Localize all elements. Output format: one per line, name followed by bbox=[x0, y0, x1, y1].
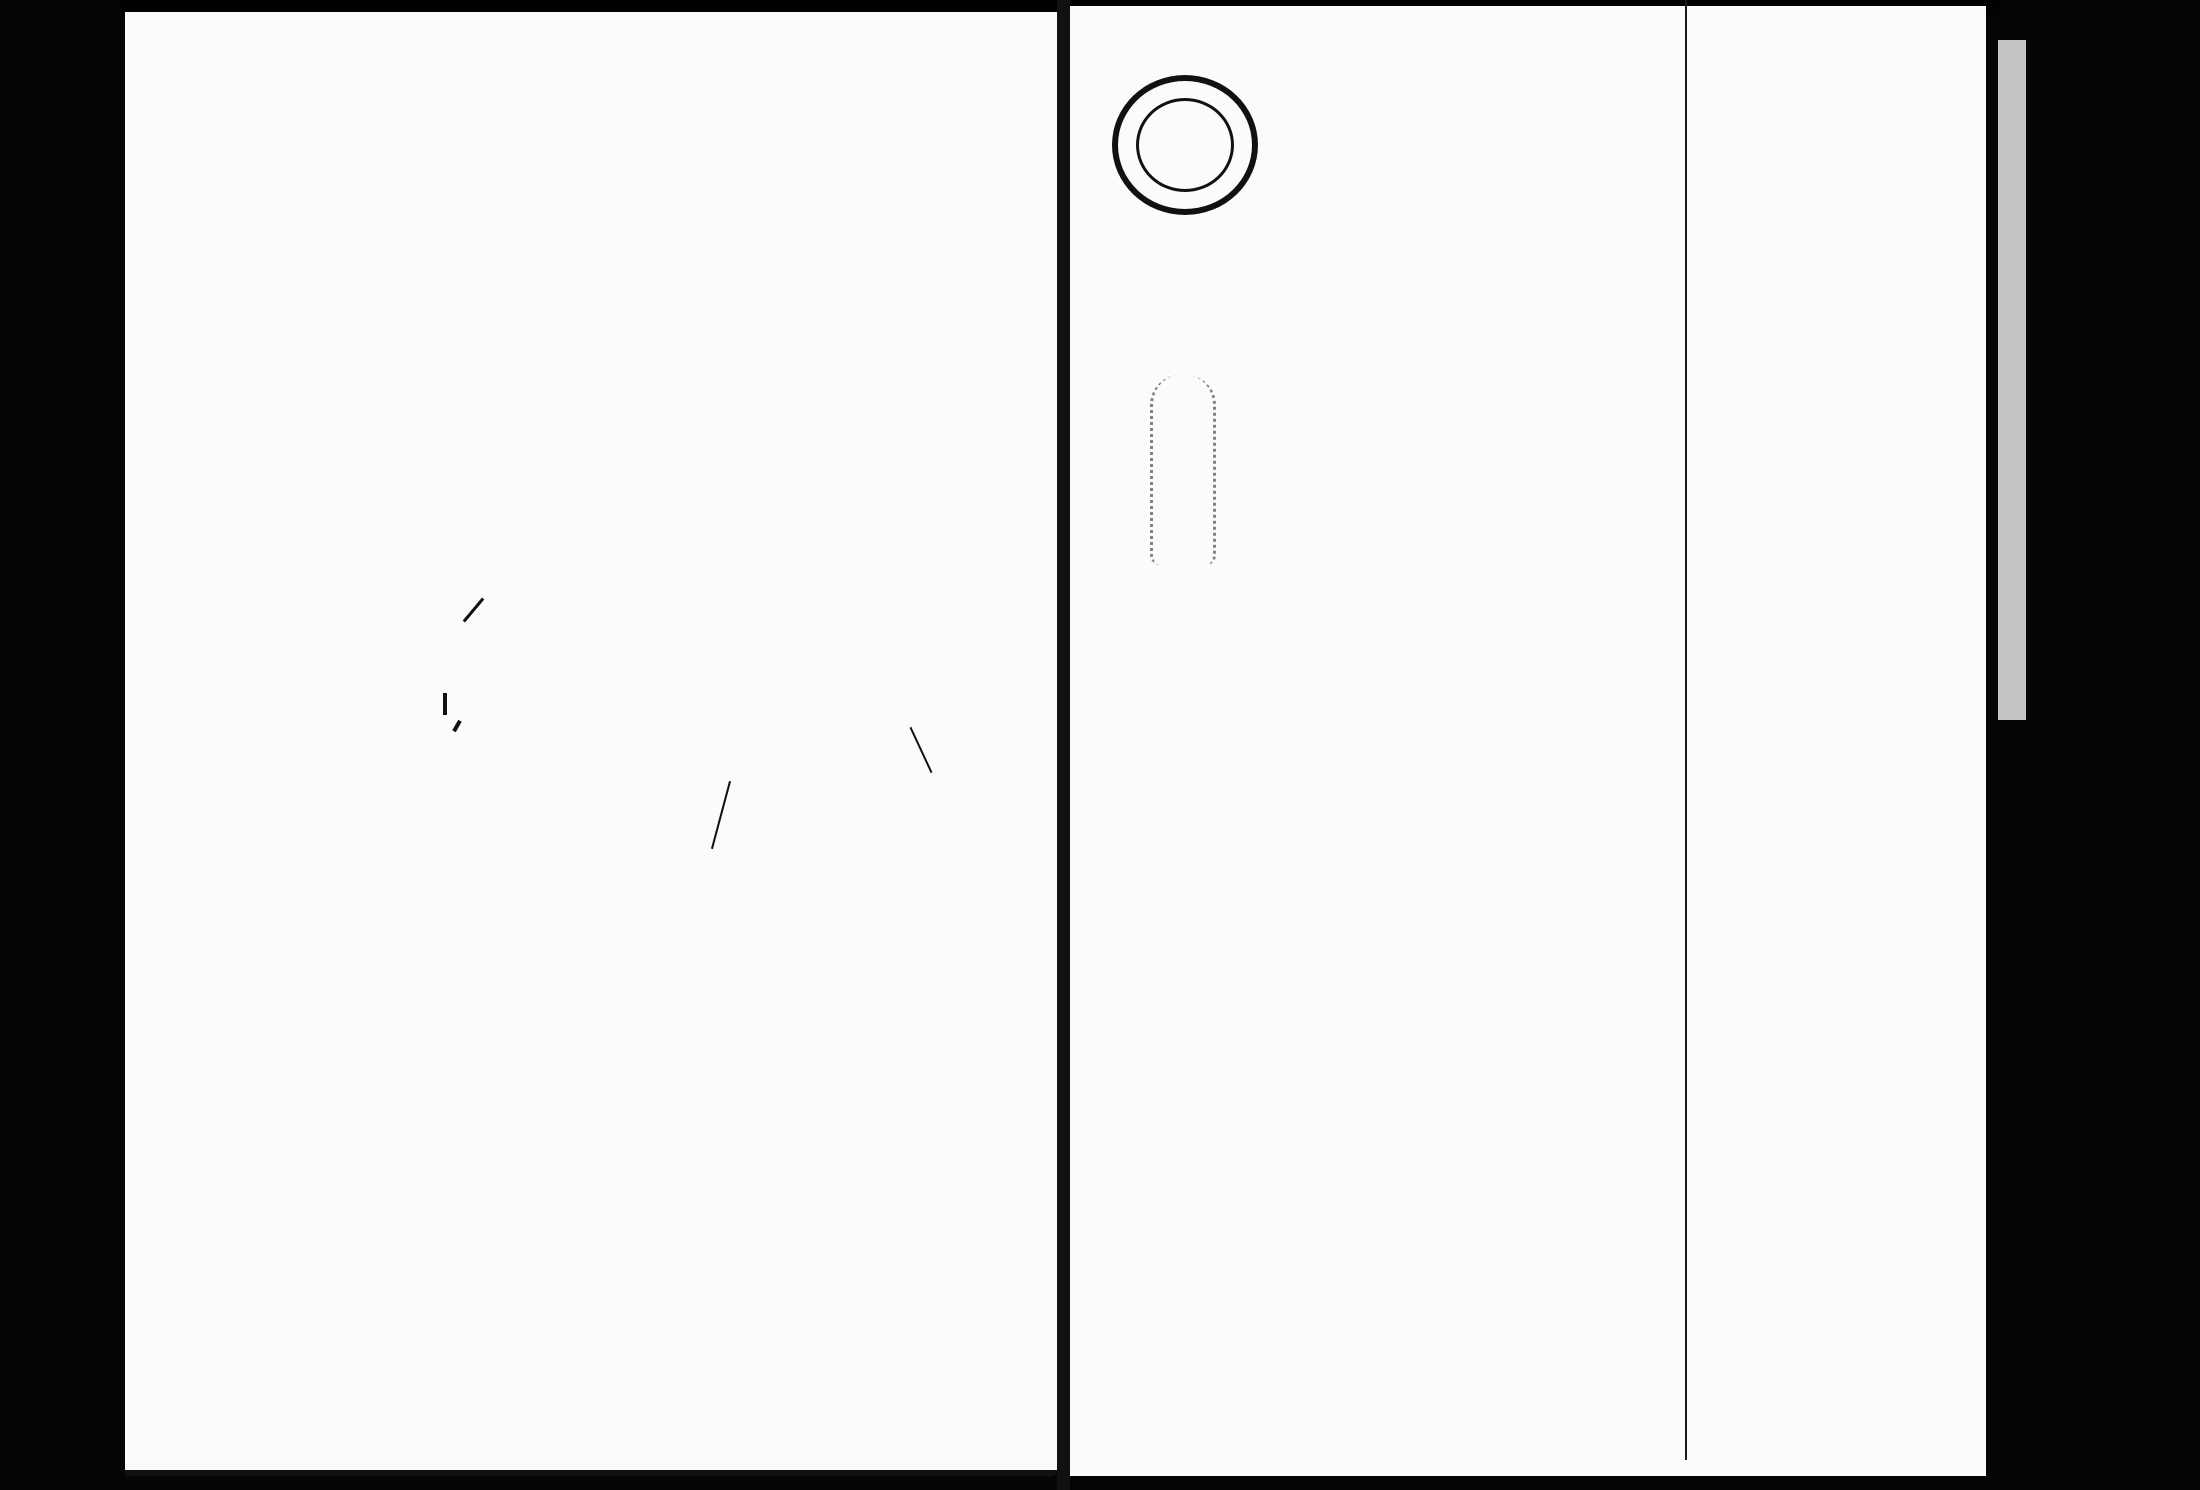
page-edge-strip bbox=[1998, 40, 2026, 720]
ruled-margin-line bbox=[1685, 0, 1687, 1460]
faded-figure-mark bbox=[1150, 375, 1216, 565]
tax-stamp-seal bbox=[1112, 75, 1258, 215]
right-page-contract bbox=[1068, 6, 1986, 1476]
ink-blot bbox=[443, 693, 447, 715]
book-gutter bbox=[1057, 0, 1070, 1490]
